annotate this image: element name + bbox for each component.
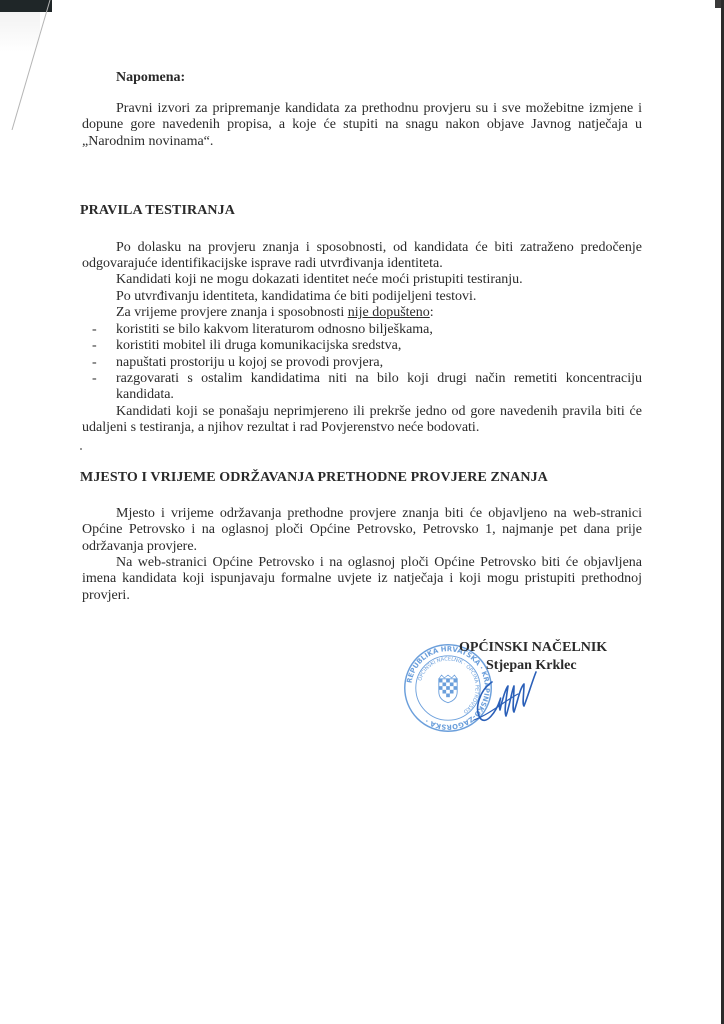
- rules-heading: PRAVILA TESTIRANJA: [80, 203, 235, 219]
- page-fold-line: [0, 0, 60, 130]
- not-allowed-emphasis: nije dopušteno: [348, 305, 430, 320]
- rules-tests-line: Po utvrđivanju identiteta, kandidatima ć…: [116, 289, 476, 305]
- prohibited-list: -koristiti se bilo kakvom literaturom od…: [82, 322, 642, 403]
- signatory-title: OPĆINSKI NAČELNIK: [459, 639, 607, 657]
- dash-bullet-icon: -: [92, 355, 97, 371]
- dash-bullet-icon: -: [92, 371, 97, 387]
- place-time-paragraph-1: Mjesto i vrijeme održavanja prethodne pr…: [82, 506, 642, 555]
- list-item-text: koristiti se bilo kakvom literaturom odn…: [116, 322, 433, 337]
- list-item: -koristiti mobitel ili druga komunikacij…: [82, 338, 642, 354]
- list-item-text: koristiti mobitel ili druga komunikacijs…: [116, 338, 401, 353]
- place-time-heading: MJESTO I VRIJEME ODRŽAVANJA PRETHODNE PR…: [80, 470, 548, 486]
- list-item-text: razgovarati s ostalim kandidatima niti n…: [116, 371, 642, 402]
- rules-intro-paragraph: Po dolasku na provjeru znanja i sposobno…: [82, 240, 642, 273]
- list-item-text: napuštati prostoriju u kojoj se provodi …: [116, 355, 383, 370]
- rules-during-prefix: Za vrijeme provjere znanja i sposobnosti: [116, 305, 348, 320]
- scan-corner-artifact: [715, 0, 721, 8]
- list-item: -razgovarati s ostalim kandidatima niti …: [82, 371, 642, 404]
- rules-identity-line: Kandidati koji ne mogu dokazati identite…: [116, 272, 523, 288]
- rules-during-suffix: :: [430, 305, 434, 320]
- rules-during-line: Za vrijeme provjere znanja i sposobnosti…: [116, 305, 434, 321]
- rules-consequence-paragraph: Kandidati koji se ponašaju neprimjereno …: [82, 404, 642, 437]
- scan-speck: [80, 448, 82, 450]
- list-item: -koristiti se bilo kakvom literaturom od…: [82, 322, 642, 338]
- dash-bullet-icon: -: [92, 338, 97, 354]
- note-title: Napomena:: [116, 70, 185, 86]
- dash-bullet-icon: -: [92, 322, 97, 338]
- handwritten-signature-icon: [470, 660, 540, 732]
- list-item: -napuštati prostoriju u kojoj se provodi…: [82, 355, 642, 371]
- place-time-paragraph-2: Na web-stranici Općine Petrovsko i na og…: [82, 555, 642, 604]
- note-paragraph: Pravni izvori za pripremanje kandidata z…: [82, 101, 642, 150]
